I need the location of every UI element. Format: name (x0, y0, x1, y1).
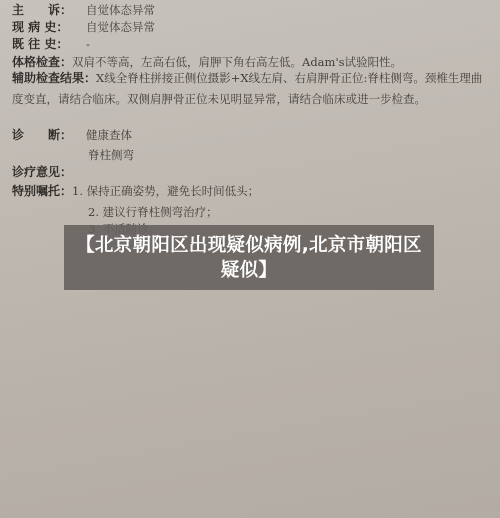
physical-exam-value: 双肩不等高，左高右低，肩胛下角右高左低。Adam's试验阳性。 (72, 55, 402, 69)
past-history-row: 既 往 史：- (12, 37, 90, 52)
diagnosis-row: 诊 断：健康查体 (12, 128, 132, 143)
treatment-opinion-row: 诊疗意见： (12, 165, 72, 180)
present-illness-row: 现 病 史：自觉体态异常 (12, 20, 155, 35)
caption-overlay: 【北京朝阳区出现疑似病例,北京市朝阳区疑似】 (64, 225, 434, 290)
diagnosis-item-2: 脊柱侧弯 (88, 148, 134, 163)
special-instruction-item-1: 1. 保持正确姿势，避免长时间低头； (72, 184, 259, 198)
auxiliary-exam-label: 辅助检查结果： (12, 68, 96, 89)
caption-text: 【北京朝阳区出现疑似病例,北京市朝阳区疑似】 (73, 233, 425, 283)
diagnosis-label: 诊 断： (12, 128, 86, 143)
present-illness-label: 现 病 史： (12, 20, 86, 35)
special-instruction-item-2: 2. 建议行脊柱侧弯治疗； (88, 205, 218, 220)
special-instructions-row: 特别嘱托：1. 保持正确姿势，避免长时间低头； (12, 184, 259, 199)
past-history-label: 既 往 史： (12, 37, 86, 52)
special-instructions-label: 特别嘱托： (12, 184, 72, 199)
past-history-value: - (86, 37, 90, 51)
chief-complaint-label: 主 诉： (12, 3, 86, 18)
treatment-opinion-label: 诊疗意见： (12, 165, 72, 180)
present-illness-value: 自觉体态异常 (86, 20, 155, 34)
chief-complaint-value: 自觉体态异常 (86, 3, 155, 17)
diagnosis-item-1: 健康查体 (86, 128, 132, 142)
chief-complaint-row: 主 诉：自觉体态异常 (12, 3, 155, 18)
auxiliary-exam-paragraph: 辅助检查结果：X线全脊柱拼接正侧位摄影+X线左肩、右肩胛骨正位:脊柱侧弯。颈椎生… (12, 68, 492, 110)
